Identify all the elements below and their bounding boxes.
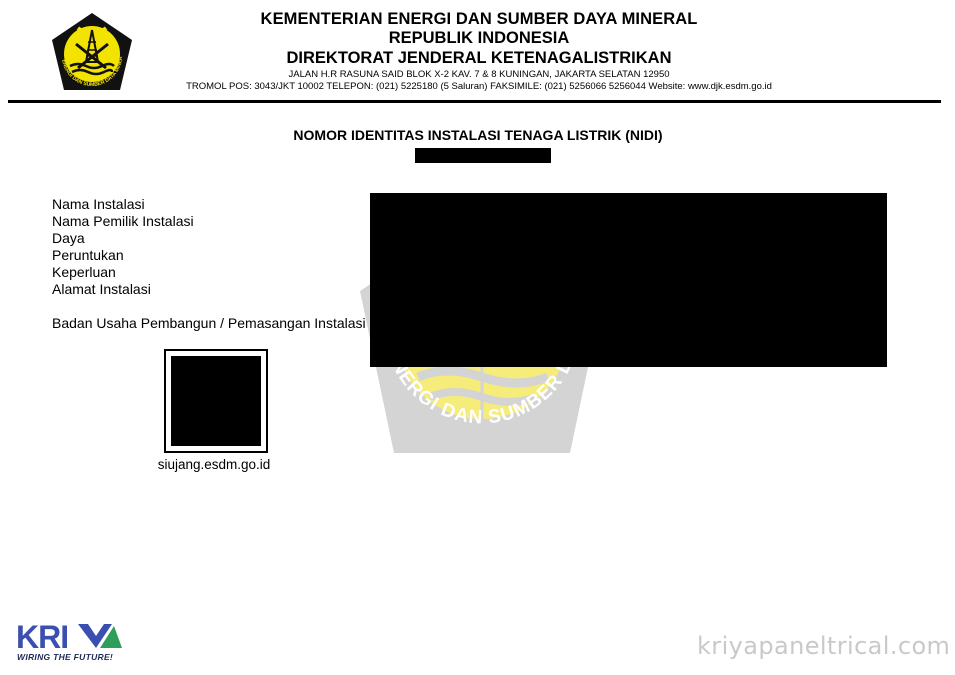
letterhead: KEMENTERIAN ENERGI DAN SUMBER DAYA MINER… (140, 10, 818, 93)
address-line: JALAN H.R RASUNA SAID BLOK X-2 KAV. 7 & … (140, 69, 818, 81)
qr-code-redacted (171, 356, 261, 446)
esdm-logo-icon: ENERGI DAN SUMBER DAYA MINERAL (48, 10, 136, 96)
label-nama-instalasi: Nama Instalasi (52, 196, 366, 213)
label-peruntukan: Peruntukan (52, 247, 366, 264)
kriya-tagline: WIRING THE FUTURE! (17, 652, 113, 662)
label-alamat: Alamat Instalasi (52, 281, 366, 298)
label-keperluan: Keperluan (52, 264, 366, 281)
country-name: REPUBLIK INDONESIA (140, 29, 818, 48)
directorate-name: DIREKTORAT JENDERAL KETENAGALISTRIKAN (140, 48, 818, 69)
spacer (52, 298, 366, 315)
ministry-name: KEMENTERIAN ENERGI DAN SUMBER DAYA MINER… (140, 10, 818, 29)
contact-line: TROMOL POS: 3043/JKT 10002 TELEPON: (021… (140, 81, 818, 93)
website-watermark: kriyapaneltrical.com (697, 632, 950, 660)
label-nama-pemilik: Nama Pemilik Instalasi (52, 213, 366, 230)
label-daya: Daya (52, 230, 366, 247)
nidi-number-redacted (415, 148, 551, 163)
document-title: NOMOR IDENTITAS INSTALASI TENAGA LISTRIK… (200, 127, 756, 143)
svg-text:KRI: KRI (16, 620, 68, 655)
qr-code (164, 349, 268, 453)
field-labels: Nama Instalasi Nama Pemilik Instalasi Da… (52, 196, 366, 332)
field-values-redacted (370, 193, 887, 367)
label-badan-usaha: Badan Usaha Pembangun / Pemasangan Insta… (52, 315, 366, 332)
qr-caption: siujang.esdm.go.id (150, 457, 278, 472)
header-divider (8, 100, 941, 103)
